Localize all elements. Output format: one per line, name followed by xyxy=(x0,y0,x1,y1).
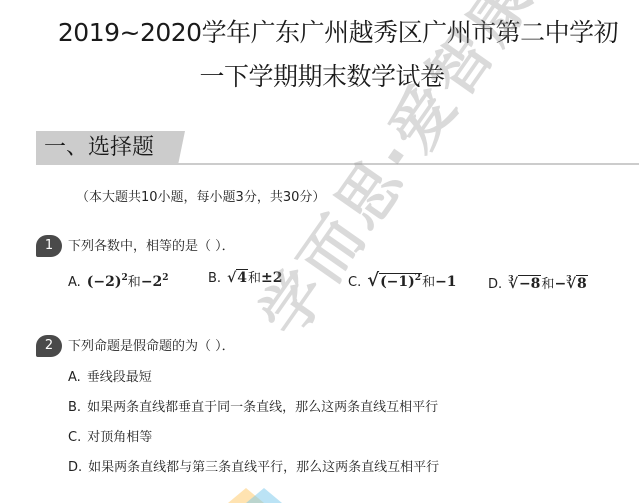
option-c[interactable]: C.对顶角相等 xyxy=(68,429,152,447)
option-d[interactable]: D.3√−8和−3√8 xyxy=(488,269,588,294)
option-label: D. xyxy=(68,460,82,475)
radical-sign-icon: √ xyxy=(227,270,236,286)
math-expression: (−2)2和−22 xyxy=(87,274,169,290)
option-text: 如果两条直线都与第三条直线平行，那么这两条直线互相平行 xyxy=(88,460,439,475)
section-instructions: （本大题共10小题，每小题3分，共30分） xyxy=(76,189,325,207)
document-title-line-1: 2019~2020学年广东广州越秀区广州市第二中学初 xyxy=(16,18,644,48)
option-label: A. xyxy=(68,370,81,385)
option-b[interactable]: B.如果两条直线都垂直于同一条直线，那么这两条直线互相平行 xyxy=(68,399,438,417)
radical-sign-icon: √ xyxy=(567,276,576,292)
radical-sign-icon: √ xyxy=(509,276,518,292)
section-divider xyxy=(36,163,639,165)
math-expression: √4和±2 xyxy=(227,270,282,286)
option-label: B. xyxy=(68,400,81,415)
math-expression: 3√−8和−3√8 xyxy=(508,276,588,292)
radical-sign-icon: √ xyxy=(367,270,379,291)
option-d[interactable]: D.如果两条直线都与第三条直线平行，那么这两条直线互相平行 xyxy=(68,459,439,477)
document-title-line-2: 一下学期期末数学试卷 xyxy=(0,62,644,92)
option-c[interactable]: C.√(−1)2和−1 xyxy=(348,269,457,292)
watermark-text: 学而思·爱智康 xyxy=(235,0,551,351)
option-text: 对顶角相等 xyxy=(87,430,152,445)
question-stem[interactable]: 下列各数中，相等的是（ ）． xyxy=(68,238,235,256)
question-number-badge: 2 xyxy=(36,335,62,357)
option-label: B. xyxy=(208,271,221,286)
option-text: 垂线段最短 xyxy=(87,370,152,385)
option-text: 如果两条直线都垂直于同一条直线，那么这两条直线互相平行 xyxy=(87,400,438,415)
question-number-badge: 1 xyxy=(36,235,62,257)
question-stem[interactable]: 下列命题是假命题的为（ ）． xyxy=(68,338,235,356)
section-tab-slant xyxy=(178,131,185,165)
option-label: C. xyxy=(348,275,361,290)
option-a[interactable]: A.(−2)2和−22 xyxy=(68,269,169,292)
option-label: D. xyxy=(488,277,502,292)
option-a[interactable]: A.垂线段最短 xyxy=(68,369,152,387)
section-header: 一、选择题 xyxy=(36,131,639,165)
option-label: A. xyxy=(68,275,81,290)
section-title: 一、选择题 xyxy=(44,133,154,163)
option-label: C. xyxy=(68,430,81,445)
watermark-logo-icon xyxy=(246,488,282,503)
option-b[interactable]: B.√4和±2 xyxy=(208,269,283,288)
math-expression: √(−1)2和−1 xyxy=(367,274,456,290)
